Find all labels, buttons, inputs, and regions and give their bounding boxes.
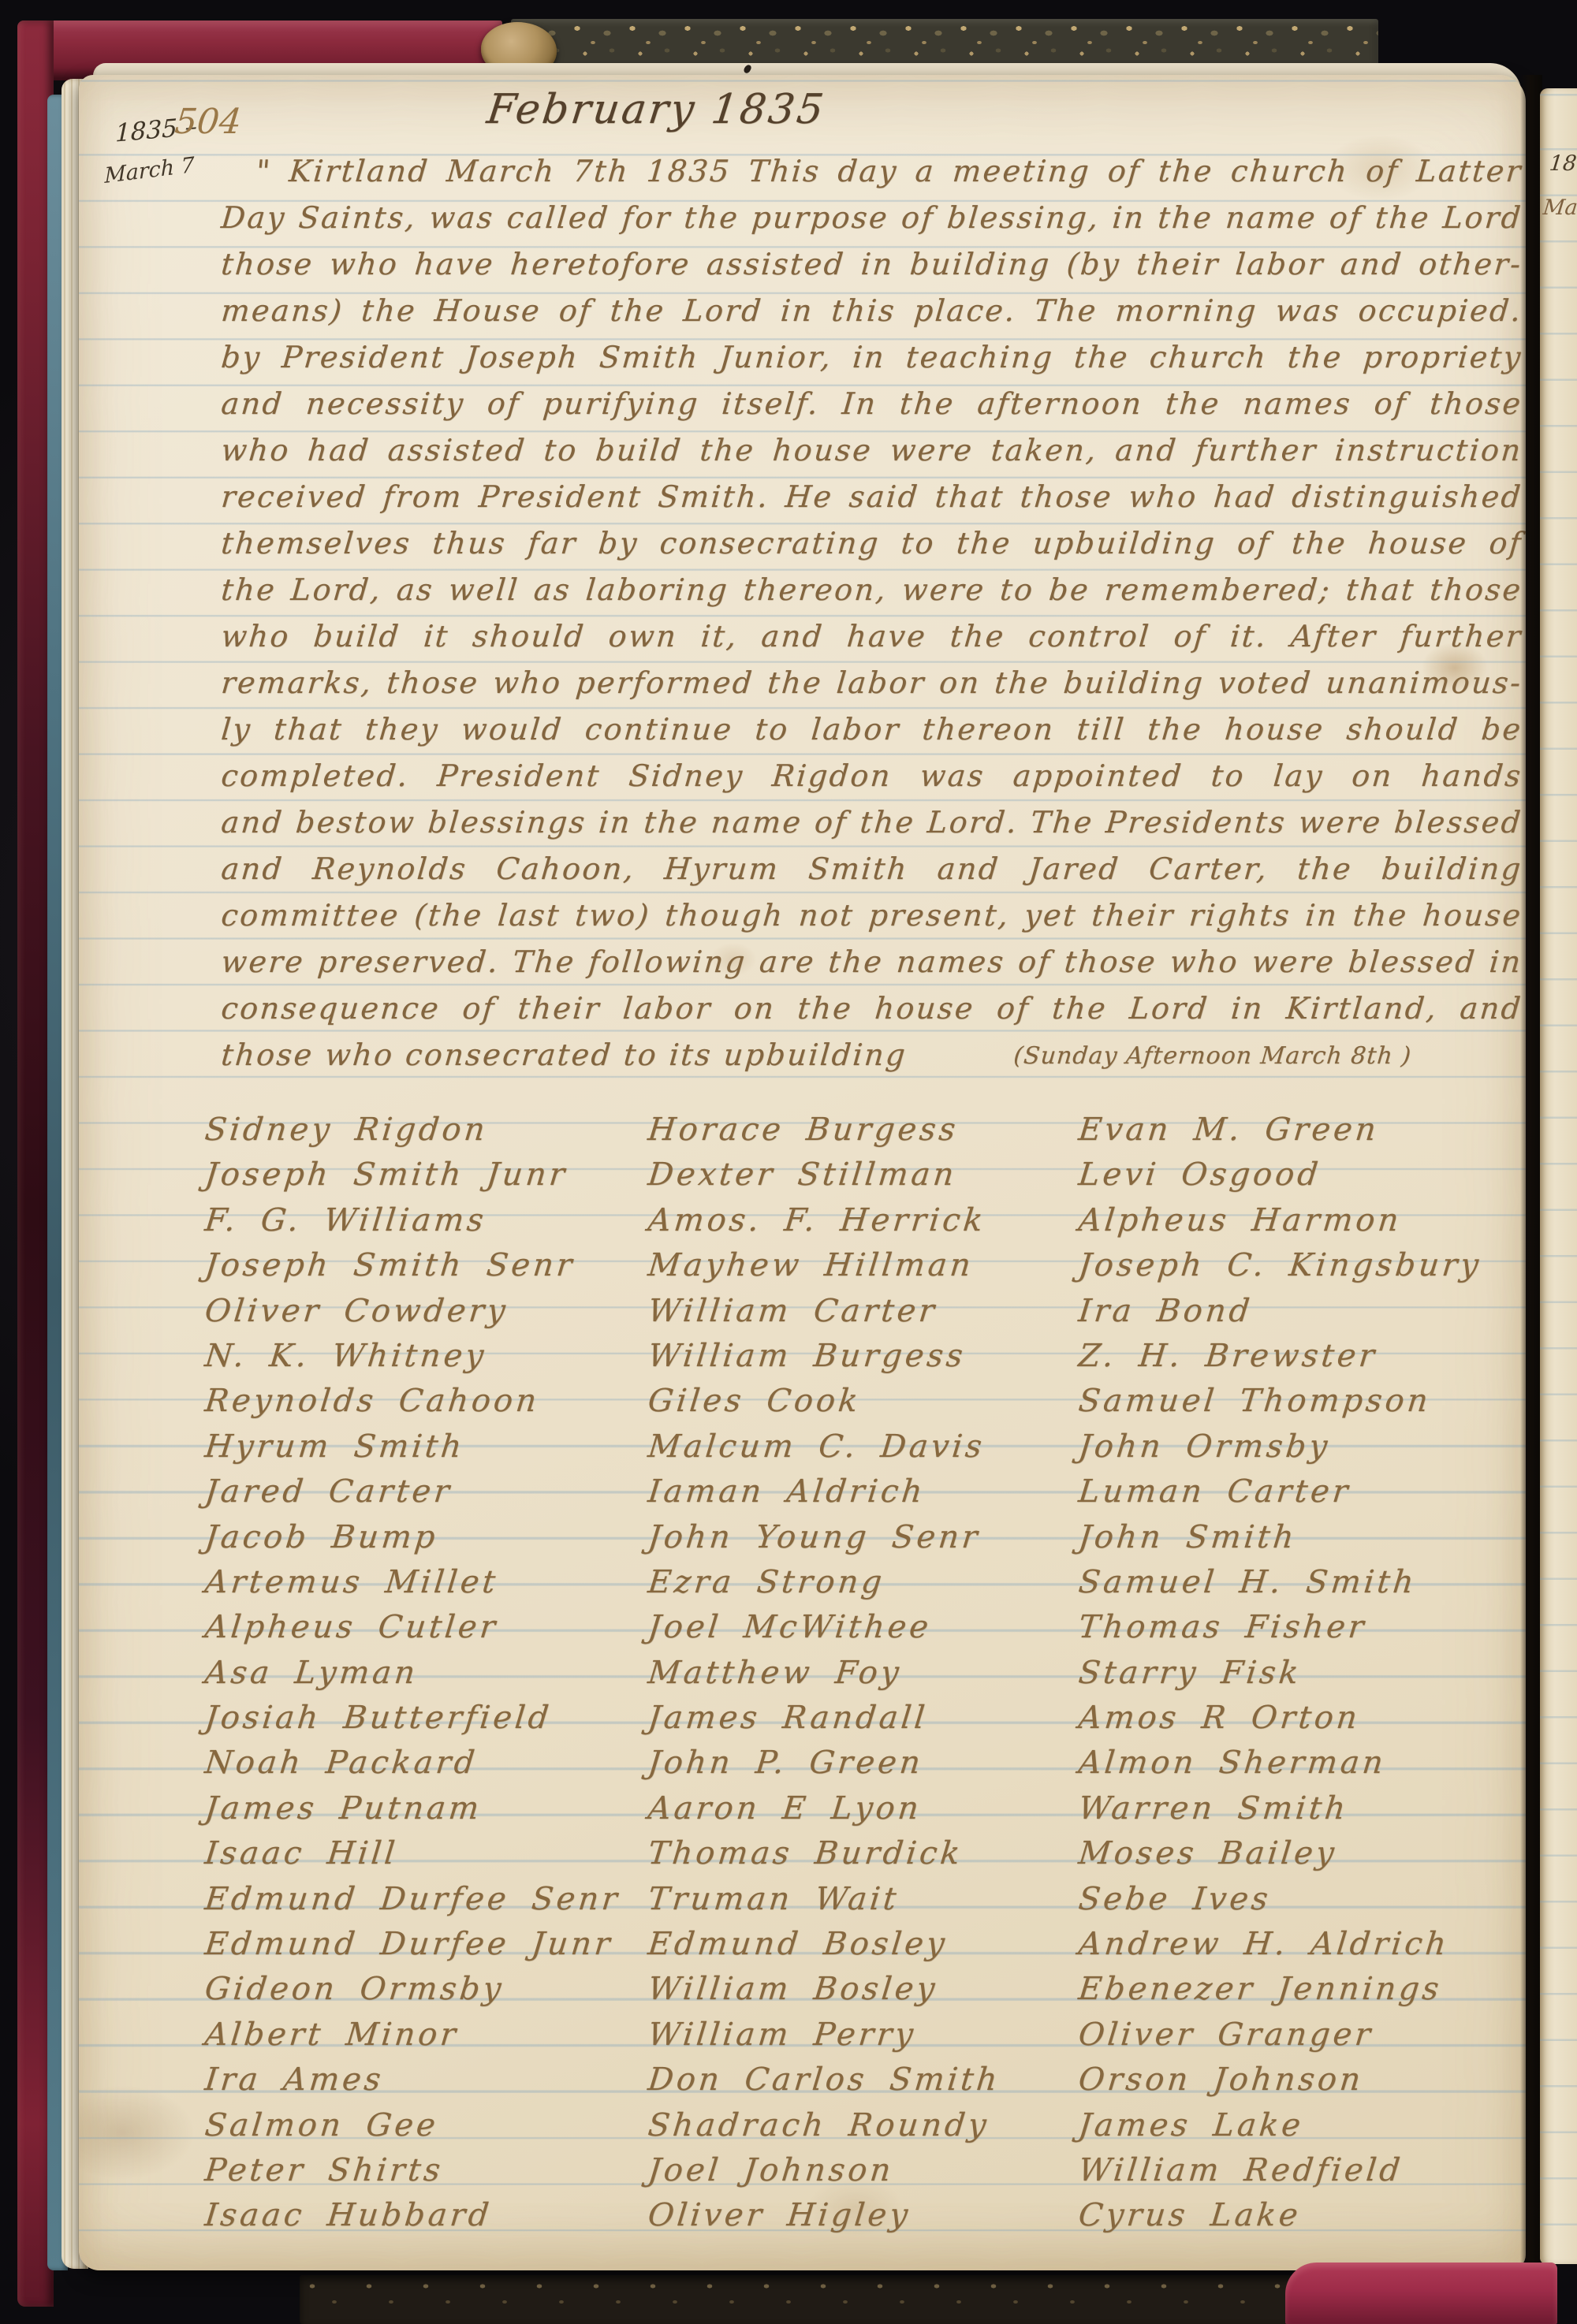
name-cell-col3: Sebe Ives xyxy=(1077,1881,1273,1917)
name-row: James Putnam Aaron E Lyon Warren Smith xyxy=(79,1790,1526,1835)
manuscript-line: consequence of their labor on the house … xyxy=(218,991,1523,1037)
name-cell-col2: Horace Burgess xyxy=(647,1112,960,1148)
next-page-month-fragment: Marc xyxy=(1542,196,1577,220)
manuscript-line: who build it should own it, and have the… xyxy=(218,619,1523,665)
name-cell-col1: Asa Lyman xyxy=(203,1655,420,1691)
name-cell-col1: Edmund Durfee Senr xyxy=(203,1881,622,1917)
name-cell-col2: Oliver Higley xyxy=(647,2197,913,2233)
page-header-month: February 1835 xyxy=(484,86,828,133)
name-cell-col3: Andrew H. Aldrich xyxy=(1077,1926,1452,1962)
name-cell-col2: Mayhew Hillman xyxy=(647,1247,975,1283)
name-row: Hyrum Smith Malcum C. Davis John Ormsby xyxy=(79,1428,1526,1473)
manuscript-line: completed. President Sidney Rigdon was a… xyxy=(218,758,1523,805)
name-cell-col2: Ezra Strong xyxy=(647,1564,887,1600)
manuscript-line: remarks, those who performed the labor o… xyxy=(218,665,1523,712)
manuscript-line: those who have heretofore assisted in bu… xyxy=(218,247,1523,293)
name-cell-col3: James Lake xyxy=(1077,2107,1306,2143)
name-cell-col1: N. K. Whitney xyxy=(203,1338,489,1374)
name-cell-col3: Ebenezer Jennings xyxy=(1077,1971,1444,2007)
name-cell-col2: John Young Senr xyxy=(647,1519,982,1555)
name-cell-col1: Joseph Smith Senr xyxy=(203,1247,577,1283)
name-cell-col3: Samuel H. Smith xyxy=(1077,1564,1419,1600)
manuscript-line: " Kirtland March 7th 1835 This day a mee… xyxy=(218,154,1523,200)
name-cell-col1: Isaac Hill xyxy=(203,1835,400,1871)
name-cell-col3: Joseph C. Kingsbury xyxy=(1077,1247,1484,1283)
manuscript-line: received from President Smith. He said t… xyxy=(218,479,1523,526)
name-row: Reynolds Cahoon Giles Cook Samuel Thomps… xyxy=(79,1383,1526,1428)
name-row: F. G. Williams Amos. F. Herrick Alpheus … xyxy=(79,1202,1526,1247)
name-cell-col1: Salmon Gee xyxy=(203,2107,441,2143)
closing-date-note: (Sunday Afternoon March 8th ) xyxy=(1012,1042,1413,1070)
name-cell-col1: Edmund Durfee Junr xyxy=(203,1926,615,1962)
minutes-paragraph: " Kirtland March 7th 1835 This day a mee… xyxy=(221,154,1522,1037)
name-cell-col1: Gideon Ormsby xyxy=(203,1971,506,2007)
manuscript-line: themselves thus far by consecrating to t… xyxy=(218,526,1523,572)
name-cell-col1: Reynolds Cahoon xyxy=(203,1383,542,1419)
name-cell-col1: Josiah Butterfield xyxy=(203,1700,554,1736)
closing-text: those who consecrated to its upbuilding xyxy=(220,1037,908,1072)
name-cell-col3: Alpheus Harmon xyxy=(1077,1202,1404,1238)
sliver-ruled-lines xyxy=(1540,88,1577,2264)
manuscript-line: and bestow blessings in the name of the … xyxy=(218,805,1523,851)
name-cell-col2: Amos. F. Herrick xyxy=(647,1202,988,1238)
bottom-board-edge xyxy=(300,2275,1396,2324)
manuscript-line: were preserved. The following are the na… xyxy=(218,944,1523,991)
name-cell-col3: Moses Bailey xyxy=(1077,1835,1339,1871)
name-cell-col2: William Perry xyxy=(647,2017,919,2053)
paragraph-closing-line: those who consecrated to its upbuilding … xyxy=(218,1037,1523,1084)
name-cell-col1: Alpheus Cutler xyxy=(203,1609,501,1645)
name-cell-col1: Joseph Smith Junr xyxy=(203,1156,570,1193)
name-cell-col2: William Carter xyxy=(647,1293,939,1329)
manuscript-line: and necessity of purifying itself. In th… xyxy=(218,386,1523,433)
name-cell-col3: Orson Johnson xyxy=(1077,2061,1366,2098)
name-cell-col2: John P. Green xyxy=(647,1745,926,1781)
name-row: Sidney Rigdon Horace Burgess Evan M. Gre… xyxy=(79,1112,1526,1156)
name-cell-col3: Evan M. Green xyxy=(1077,1112,1381,1148)
name-cell-col2: Malcum C. Davis xyxy=(647,1428,987,1465)
name-cell-col2: William Bosley xyxy=(647,1971,940,2007)
name-cell-col1: Jared Carter xyxy=(203,1473,454,1510)
name-cell-col1: Noah Packard xyxy=(203,1745,479,1781)
manuscript-line: and Reynolds Cahoon, Hyrum Smith and Jar… xyxy=(218,851,1523,898)
name-cell-col1: Oliver Cowdery xyxy=(203,1293,510,1329)
manuscript-line: Day Saints, was called for the purpose o… xyxy=(218,200,1523,247)
photo-backdrop: 56 February 1835 1835 – 504 March 7 " Ki… xyxy=(0,0,1577,2324)
name-cell-col2: Matthew Foy xyxy=(647,1655,904,1691)
manuscript-line: the Lord, as well as laboring thereon, w… xyxy=(218,572,1523,619)
name-row: Josiah Butterfield James Randall Amos R … xyxy=(79,1700,1526,1745)
name-cell-col3: Almon Sherman xyxy=(1077,1745,1389,1781)
name-cell-col1: Isaac Hubbard xyxy=(203,2197,494,2233)
name-cell-col1: Ira Ames xyxy=(203,2061,386,2098)
name-cell-col1: Hyrum Smith xyxy=(203,1428,467,1465)
name-row: Albert Minor William Perry Oliver Grange… xyxy=(79,2017,1526,2061)
name-cell-col1: Albert Minor xyxy=(203,2017,460,2053)
manuscript-line: committee (the last two) though not pres… xyxy=(218,898,1523,944)
manuscript-line: means) the House of the Lord in this pla… xyxy=(218,293,1523,340)
page-number: 504 xyxy=(173,102,243,142)
name-row: Asa Lyman Matthew Foy Starry Fisk xyxy=(79,1655,1526,1700)
next-page-year-fragment: 18 xyxy=(1548,151,1577,176)
name-row: Noah Packard John P. Green Almon Sherman xyxy=(79,1745,1526,1790)
name-cell-col2: Iaman Aldrich xyxy=(647,1473,927,1510)
name-cell-col2: James Randall xyxy=(647,1700,930,1736)
name-cell-col2: Dexter Stillman xyxy=(647,1156,959,1193)
page-gutter-shadow xyxy=(1520,75,1542,2274)
name-cell-col1: F. G. Williams xyxy=(203,1202,489,1238)
name-row: Gideon Ormsby William Bosley Ebenezer Je… xyxy=(79,1971,1526,2016)
name-cell-col3: Warren Smith xyxy=(1077,1790,1351,1827)
manuscript-line: by President Joseph Smith Junior, in tea… xyxy=(218,340,1523,386)
name-cell-col3: Cyrus Lake xyxy=(1077,2197,1303,2233)
name-cell-col2: Edmund Bosley xyxy=(647,1926,949,1962)
name-cell-col2: Joel Johnson xyxy=(647,2152,896,2188)
name-cell-col3: Amos R Orton xyxy=(1077,1700,1363,1736)
name-row: Joseph Smith Senr Mayhew Hillman Joseph … xyxy=(79,1247,1526,1292)
name-row: Isaac Hubbard Oliver Higley Cyrus Lake xyxy=(79,2197,1526,2242)
name-cell-col3: Thomas Fisher xyxy=(1077,1609,1369,1645)
manuscript-line: ly that they would continue to labor the… xyxy=(218,712,1523,758)
name-cell-col2: Shadrach Roundy xyxy=(647,2107,991,2143)
name-cell-col2: Giles Cook xyxy=(647,1383,863,1419)
name-row: Edmund Durfee Junr Edmund Bosley Andrew … xyxy=(79,1926,1526,1971)
name-cell-col1: Sidney Rigdon xyxy=(203,1112,490,1148)
name-row: Peter Shirts Joel Johnson William Redfie… xyxy=(79,2152,1526,2197)
name-cell-col3: John Smith xyxy=(1077,1519,1299,1555)
name-cell-col2: Thomas Burdick xyxy=(647,1835,965,1871)
name-cell-col3: Levi Osgood xyxy=(1077,1156,1323,1193)
red-leather-corner xyxy=(1285,2263,1557,2324)
name-cell-col3: Samuel Thompson xyxy=(1077,1383,1433,1419)
name-cell-col3: Starry Fisk xyxy=(1077,1655,1303,1691)
name-row: Isaac Hill Thomas Burdick Moses Bailey xyxy=(79,1835,1526,1880)
name-row: Oliver Cowdery William Carter Ira Bond xyxy=(79,1293,1526,1338)
name-row: Joseph Smith Junr Dexter Stillman Levi O… xyxy=(79,1156,1526,1201)
margin-date-note: March 7 xyxy=(104,153,195,188)
name-cell-col3: John Ormsby xyxy=(1077,1428,1333,1465)
name-row: Artemus Millet Ezra Strong Samuel H. Smi… xyxy=(79,1564,1526,1609)
name-cell-col2: Aaron E Lyon xyxy=(647,1790,923,1827)
name-cell-col3: Ira Bond xyxy=(1077,1293,1255,1329)
name-row: Jared Carter Iaman Aldrich Luman Carter xyxy=(79,1473,1526,1518)
name-row: Ira Ames Don Carlos Smith Orson Johnson xyxy=(79,2061,1526,2106)
name-row: Salmon Gee Shadrach Roundy James Lake xyxy=(79,2107,1526,2152)
name-cell-col2: Joel McWithee xyxy=(647,1609,934,1645)
manuscript-line: who had assisted to build the house were… xyxy=(218,433,1523,479)
name-cell-col2: William Burgess xyxy=(647,1338,968,1374)
manuscript-page: February 1835 1835 – 504 March 7 " Kirtl… xyxy=(79,75,1526,2270)
name-cell-col3: Luman Carter xyxy=(1077,1473,1353,1510)
name-cell-col2: Don Carlos Smith xyxy=(647,2061,1002,2098)
name-cell-col3: William Redfield xyxy=(1077,2152,1405,2188)
name-cell-col1: Peter Shirts xyxy=(203,2152,446,2188)
name-cell-col3: Z. H. Brewster xyxy=(1077,1338,1379,1374)
next-page-sliver: 18 Marc xyxy=(1540,88,1577,2264)
name-cell-col2: Truman Wait xyxy=(647,1881,901,1917)
blessed-names-list: Sidney Rigdon Horace Burgess Evan M. Gre… xyxy=(79,1112,1526,2243)
name-row: Jacob Bump John Young Senr John Smith xyxy=(79,1519,1526,1564)
name-cell-col1: James Putnam xyxy=(203,1790,484,1827)
name-row: Edmund Durfee Senr Truman Wait Sebe Ives xyxy=(79,1881,1526,1926)
name-row: Alpheus Cutler Joel McWithee Thomas Fish… xyxy=(79,1609,1526,1654)
name-row: N. K. Whitney William Burgess Z. H. Brew… xyxy=(79,1338,1526,1383)
name-cell-col1: Jacob Bump xyxy=(203,1519,440,1555)
name-cell-col3: Oliver Granger xyxy=(1077,2017,1375,2053)
name-cell-col1: Artemus Millet xyxy=(203,1564,501,1600)
